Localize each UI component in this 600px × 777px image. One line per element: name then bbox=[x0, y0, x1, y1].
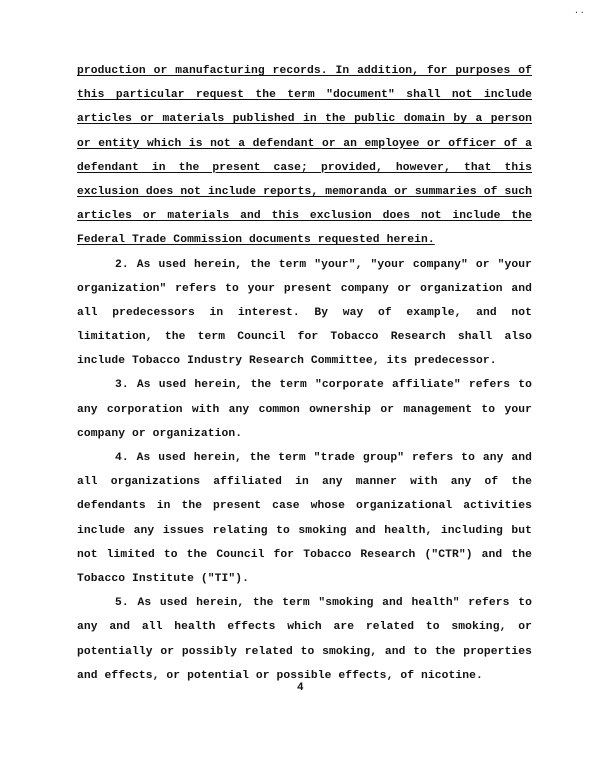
page-number: 4 bbox=[297, 682, 304, 694]
text-line: organization" refers to your present com… bbox=[77, 280, 532, 304]
text-line: all predecessors in interest. By way of … bbox=[77, 304, 532, 328]
text-line: production or manufacturing records. In … bbox=[77, 62, 532, 86]
paragraph-5: 5. As used herein, the term "smoking and… bbox=[77, 594, 532, 691]
text-line: any corporation with any common ownershi… bbox=[77, 401, 532, 425]
text-line: exclusion does not include reports, memo… bbox=[77, 183, 532, 207]
text-line: company or organization. bbox=[77, 425, 532, 449]
text-line: defendant in the present case; provided,… bbox=[77, 159, 532, 183]
text-line: or entity which is not a defendant or an… bbox=[77, 135, 532, 159]
text-line: potentially or possibly related to smoki… bbox=[77, 643, 532, 667]
paragraph-2: 2. As used herein, the term "your", "you… bbox=[77, 256, 532, 377]
text-line: and effects, or potential or possible ef… bbox=[77, 667, 532, 691]
text-line: 3. As used herein, the term "corporate a… bbox=[77, 376, 532, 400]
text-line: 4. As used herein, the term "trade group… bbox=[77, 449, 532, 473]
text-line: 2. As used herein, the term "your", "you… bbox=[77, 256, 532, 280]
text-line: 5. As used herein, the term "smoking and… bbox=[77, 594, 532, 618]
text-line: include any issues relating to smoking a… bbox=[77, 522, 532, 546]
text-line: any and all health effects which are rel… bbox=[77, 618, 532, 642]
document-page: production or manufacturing records. In … bbox=[77, 62, 532, 691]
text-line: limitation, the term Council for Tobacco… bbox=[77, 328, 532, 352]
paragraph-3: 3. As used herein, the term "corporate a… bbox=[77, 376, 532, 449]
text-line: Federal Trade Commission documents reque… bbox=[77, 231, 532, 255]
text-line: not limited to the Council for Tobacco R… bbox=[77, 546, 532, 570]
text-line: defendants in the present case whose org… bbox=[77, 497, 532, 521]
text-line: articles or materials published in the p… bbox=[77, 110, 532, 134]
text-line: this particular request the term "docume… bbox=[77, 86, 532, 110]
corner-mark: .. bbox=[574, 8, 586, 16]
text-line: all organizations affiliated in any mann… bbox=[77, 473, 532, 497]
continued-paragraph: production or manufacturing records. In … bbox=[77, 62, 532, 256]
paragraph-4: 4. As used herein, the term "trade group… bbox=[77, 449, 532, 594]
text-line: articles or materials and this exclusion… bbox=[77, 207, 532, 231]
text-line: include Tobacco Industry Research Commit… bbox=[77, 352, 532, 376]
text-line: Tobacco Institute ("TI"). bbox=[77, 570, 532, 594]
